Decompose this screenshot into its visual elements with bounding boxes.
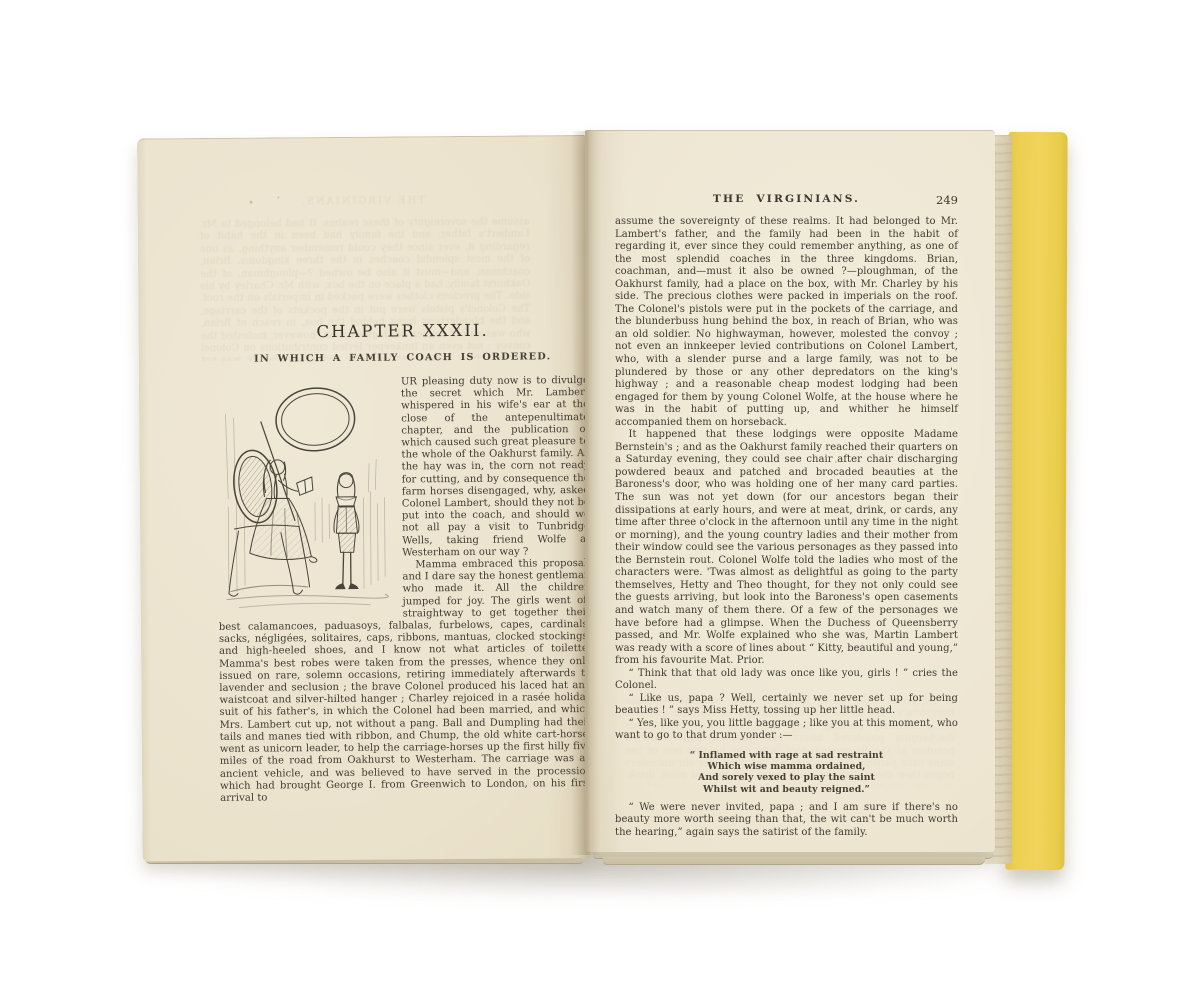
chapter-heading: CHAPTER XXXII.: [216, 320, 588, 342]
right-page-paragraph-4: “ Like us, papa ? Well, certainly we nev…: [615, 693, 958, 718]
running-header-row: THE VIRGINIANS. 249: [615, 193, 958, 207]
verse-line-3: And sorely vexed to play the saint: [653, 772, 921, 783]
foxing-speck: [277, 196, 279, 198]
right-page-paragraph-5: “ Yes, like you, you little baggage ; li…: [615, 718, 958, 743]
right-page-final-paragraph: “ We were never invited, papa ; and I am…: [615, 802, 958, 840]
book-photograph: THE VIRGINIANS. assume the sovereignty o…: [0, 0, 1200, 987]
running-header-title: THE VIRGINIANS.: [615, 193, 958, 205]
right-page-paragraph-1: assume the sovereignty of these realms. …: [615, 216, 958, 429]
page-number: 249: [936, 193, 958, 207]
underlying-pages-right-2: [603, 857, 985, 865]
right-page-paragraph-3: “ Think that that old lady was once like…: [615, 668, 958, 693]
open-book: THE VIRGINIANS. assume the sovereignty o…: [135, 128, 1067, 888]
right-page: THE VIRGINIANS. 249 assume the sovereign…: [585, 130, 995, 852]
engraving-lady-boy-initial-O: [217, 379, 391, 618]
left-page: THE VIRGINIANS. assume the sovereignty o…: [137, 135, 591, 861]
quoted-verse: “ Inflamed with rage at sad restraint Wh…: [653, 750, 921, 795]
verse-line-1: “ Inflamed with rage at sad restraint: [653, 750, 921, 761]
yellow-book-cover-edge: [1005, 132, 1067, 870]
initial-letter-O: [274, 385, 357, 454]
right-page-paragraph-2: It happened that these lodgings were opp…: [615, 429, 958, 667]
chapter-illustration: [217, 379, 391, 618]
chapter-subtitle: IN WHICH A FAMILY COACH IS ORDERED.: [217, 351, 589, 365]
verse-line-2: Which wise mamma ordained,: [653, 761, 921, 772]
foxing-speck: [250, 201, 253, 204]
show-through-header: THE VIRGINIANS.: [207, 195, 517, 208]
verse-line-4: Whilst wit and beauty reigned.”: [653, 784, 921, 795]
